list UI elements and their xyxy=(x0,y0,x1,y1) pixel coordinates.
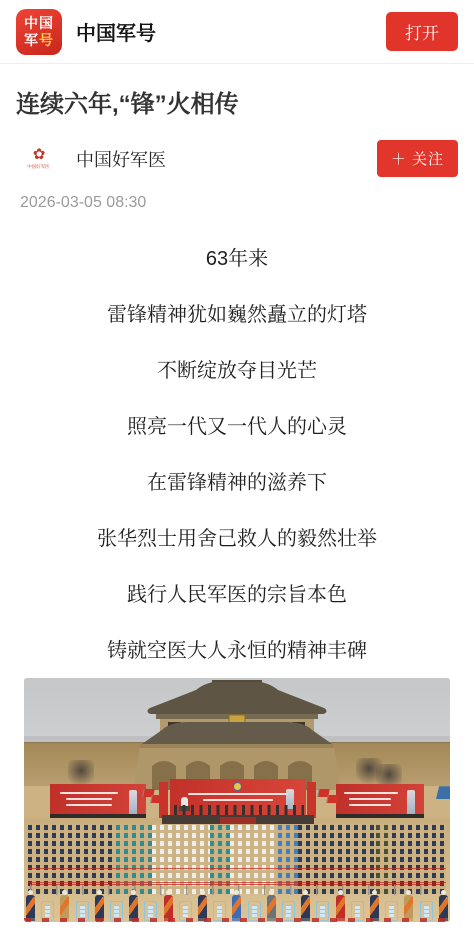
led-screen-left xyxy=(50,784,146,818)
statue-graphic xyxy=(129,790,137,814)
poem-line: 在雷锋精神的滋养下 xyxy=(0,473,474,493)
app-logo[interactable]: 中国 军号 xyxy=(16,9,62,55)
author-avatar[interactable]: ✿ 中国好军医 xyxy=(20,147,58,170)
foreground-ushers xyxy=(26,892,448,921)
open-app-button[interactable]: 打开 xyxy=(386,12,458,51)
poem-line: 雷锋精神犹如巍然矗立的灯塔 xyxy=(0,305,474,325)
author-emblem-icon: ✿ xyxy=(33,147,46,162)
poem-line: 张华烈士用舍己救人的毅然壮举 xyxy=(0,529,474,549)
ceremony-photo xyxy=(24,678,450,922)
article-page: 中国 军号 中国军号 打开 连续六年,“锋”火相传 ✿ 中国好军医 中国好军医 … xyxy=(0,0,474,931)
article-body: 63年来 雷锋精神犹如巍然矗立的灯塔 不断绽放夺目光芒 照亮一代又一代人的心灵 … xyxy=(0,249,474,661)
app-logo-line1: 中国 xyxy=(24,15,54,31)
blue-tent xyxy=(436,786,450,799)
follow-button[interactable]: ＋ 关注 xyxy=(377,140,458,177)
red-flag xyxy=(150,795,162,803)
app-logo-line2: 军号 xyxy=(24,32,54,48)
photo-bottom-banner-sliver xyxy=(24,918,450,922)
red-banner xyxy=(307,782,316,818)
publish-timestamp: 2026-03-05 08:30 xyxy=(20,194,458,212)
statue-graphic xyxy=(407,790,415,814)
red-flag xyxy=(326,795,338,803)
poem-line: 63年来 xyxy=(0,249,474,269)
author-row: ✿ 中国好军医 中国好军医 ＋ 关注 xyxy=(20,140,458,177)
queue-rope xyxy=(28,882,446,883)
stage-officials xyxy=(174,805,304,815)
gate-tower-illustration xyxy=(112,678,362,790)
led-screen-right xyxy=(336,784,424,818)
poem-line: 照亮一代又一代人的心灵 xyxy=(0,417,474,437)
app-banner: 中国 军号 中国军号 打开 xyxy=(0,0,474,63)
author-name[interactable]: 中国好军医 xyxy=(76,146,166,172)
app-name: 中国军号 xyxy=(76,17,156,46)
poem-line: 践行人民军医的宗旨本色 xyxy=(0,585,474,605)
article-title: 连续六年,“锋”火相传 xyxy=(16,89,458,120)
author-emblem-caption: 中国好军医 xyxy=(28,164,51,170)
poem-line: 不断绽放夺目光芒 xyxy=(0,361,474,381)
queue-rope xyxy=(28,868,446,869)
poem-line: 铸就空医大人永恒的精神丰碑 xyxy=(0,641,474,661)
stage-emblem-icon xyxy=(234,783,241,790)
header-divider xyxy=(0,63,474,64)
